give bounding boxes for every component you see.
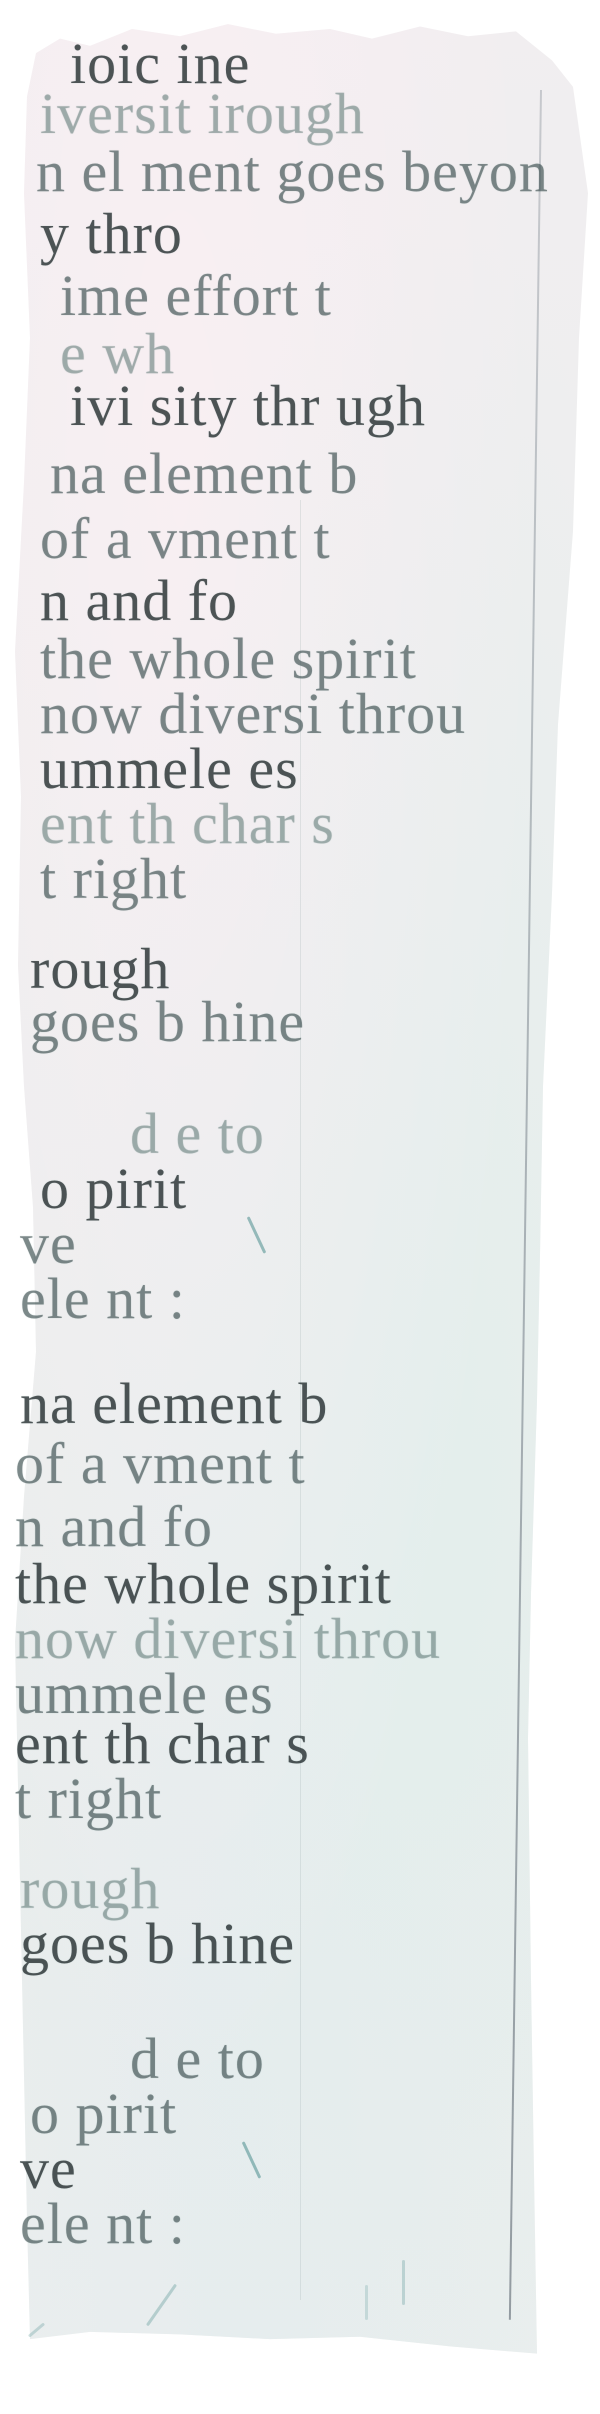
ink-scuff xyxy=(365,2285,368,2320)
text-fragment: goes b hine xyxy=(30,988,305,1055)
text-fragment: ele nt : xyxy=(20,2190,186,2257)
text-fragment: of a vment t xyxy=(40,505,331,572)
ink-scuff xyxy=(402,2260,405,2305)
text-fragment: goes b hine xyxy=(20,1910,295,1977)
text-fragment: iversit irough xyxy=(40,80,365,147)
text-fragment: t right xyxy=(15,1765,162,1832)
text-fragment: n el ment goes beyon xyxy=(36,138,549,205)
text-fragment: ele nt : xyxy=(20,1265,186,1332)
text-fragment: ivi sity thr ugh xyxy=(70,372,426,439)
text-fragment: n and fo xyxy=(40,567,238,634)
text-fragment: y thro xyxy=(40,200,183,267)
text-fragment: of a vment t xyxy=(15,1430,306,1497)
torn-paper-strip: ioic ineiversit iroughn el ment goes bey… xyxy=(0,0,600,2414)
text-fragment: t right xyxy=(40,845,187,912)
text-fragment: na element b xyxy=(50,440,358,507)
text-fragment: ime effort t xyxy=(60,262,332,329)
text-fragment: na element b xyxy=(20,1370,328,1437)
